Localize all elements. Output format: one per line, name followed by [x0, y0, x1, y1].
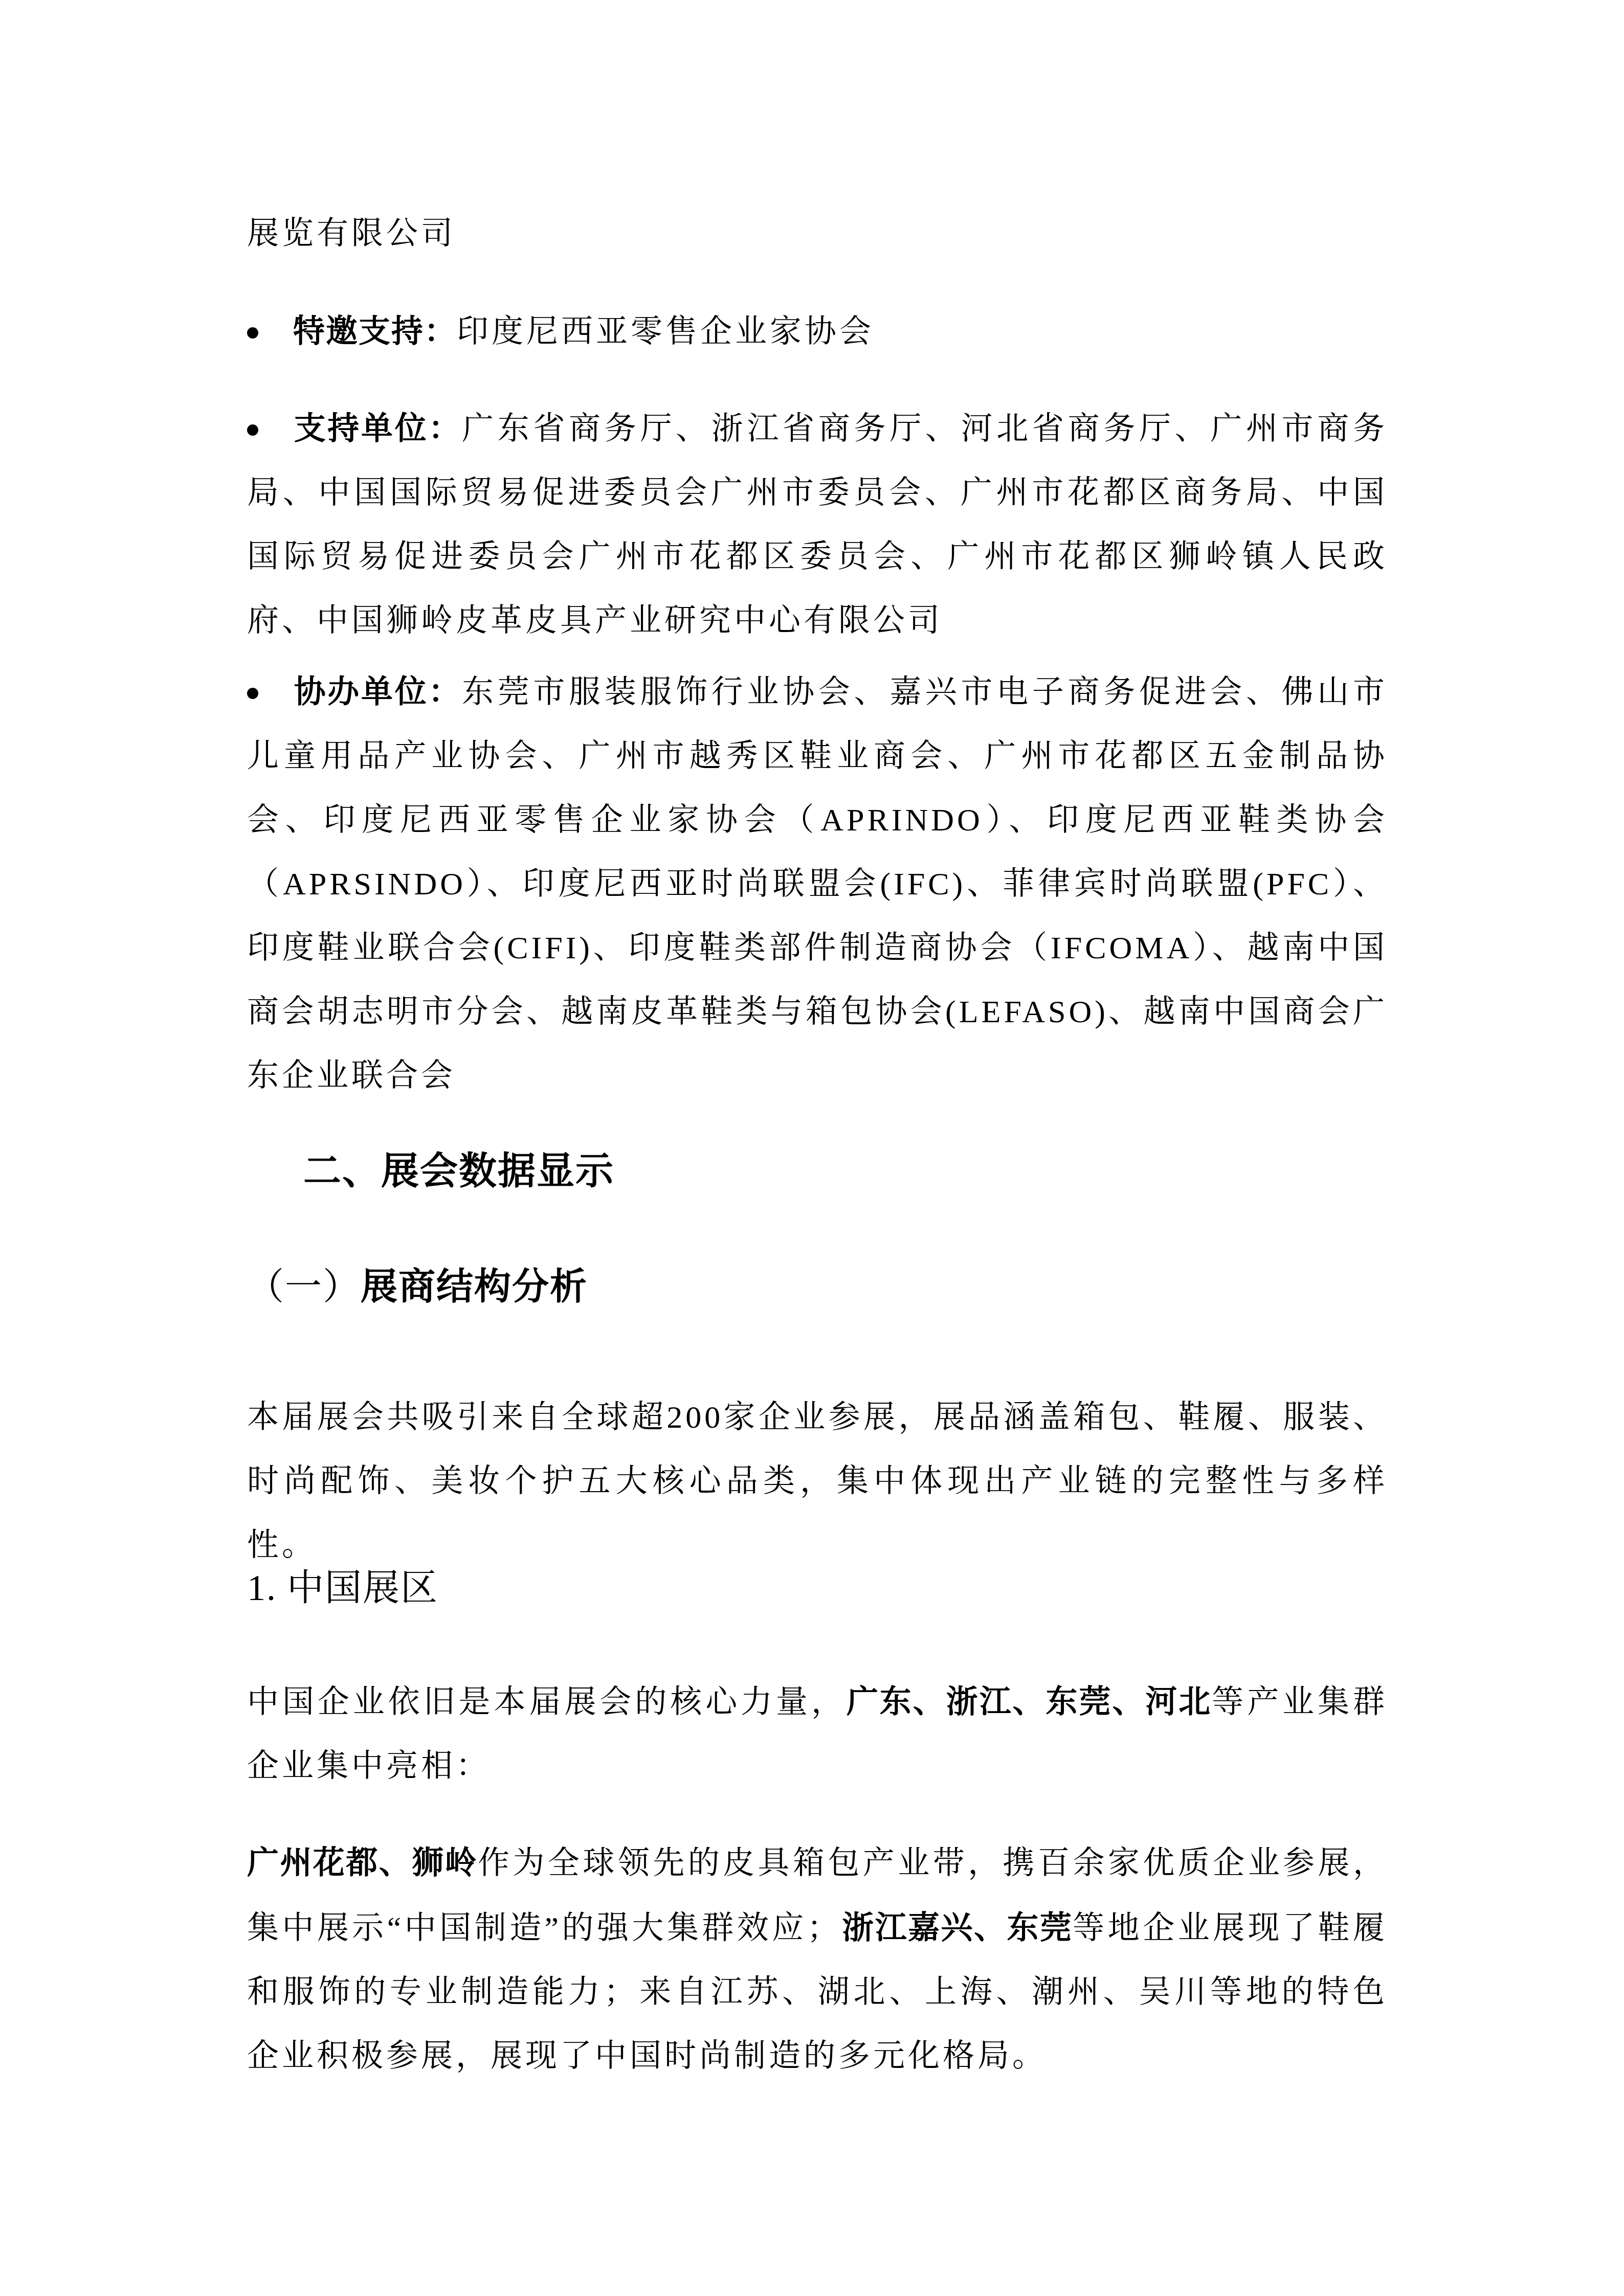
- bullet-label: 协办单位：: [293, 673, 462, 710]
- bullet-text: 东莞市服装服饰行业协会、嘉兴市电子商务促进会、佛山市儿童用品产业协会、广州市越秀…: [247, 675, 1388, 1093]
- bullet-special-support: 特邀支持：印度尼西亚零售企业家协会: [247, 299, 1388, 364]
- bullet-co-organizers: 协办单位：东莞市服装服饰行业协会、嘉兴市电子商务促进会、佛山市儿童用品产业协会、…: [247, 660, 1388, 1108]
- subsection-title: 展商结构分析: [361, 1265, 588, 1308]
- item-heading: 1. 中国展区: [247, 1562, 438, 1613]
- subsection-number: （一）: [247, 1265, 361, 1308]
- bullet-icon: [247, 688, 258, 699]
- bullet-icon: [247, 424, 258, 436]
- china-paragraph-1: 中国企业依旧是本届展会的核心力量，广东、浙江、东莞、河北等产业集群企业集中亮相：: [247, 1670, 1388, 1798]
- bullet-label: 特邀支持：: [293, 312, 457, 350]
- bullet-text: 印度尼西亚零售企业家协会: [457, 314, 874, 349]
- bullet-supporting-units: 支持单位：广东省商务厅、浙江省商务厅、河北省商务厅、广州市商务局、中国国际贸易促…: [247, 396, 1388, 653]
- bullet-label: 支持单位：: [293, 410, 462, 447]
- bold-run: 浙江嘉兴、东莞: [842, 1909, 1073, 1946]
- bold-run: 广东、浙江、东莞、河北: [847, 1683, 1212, 1720]
- continuation-text: 展览有限公司: [247, 202, 1388, 266]
- bullet-icon: [247, 327, 258, 339]
- section-heading: 二、展会数据显示: [303, 1145, 614, 1197]
- subsection-heading: （一）展商结构分析: [247, 1260, 588, 1312]
- bold-run: 广州花都、狮岭: [247, 1844, 478, 1881]
- text-run: 中国企业依旧是本届展会的核心力量，: [247, 1685, 847, 1720]
- china-paragraph-2: 广州花都、狮岭作为全球领先的皮具箱包产业带，携百余家优质企业参展，集中展示“中国…: [247, 1831, 1388, 2088]
- intro-paragraph: 本届展会共吸引来自全球超200家企业参展，展品涵盖箱包、鞋履、服装、时尚配饰、美…: [247, 1386, 1388, 1578]
